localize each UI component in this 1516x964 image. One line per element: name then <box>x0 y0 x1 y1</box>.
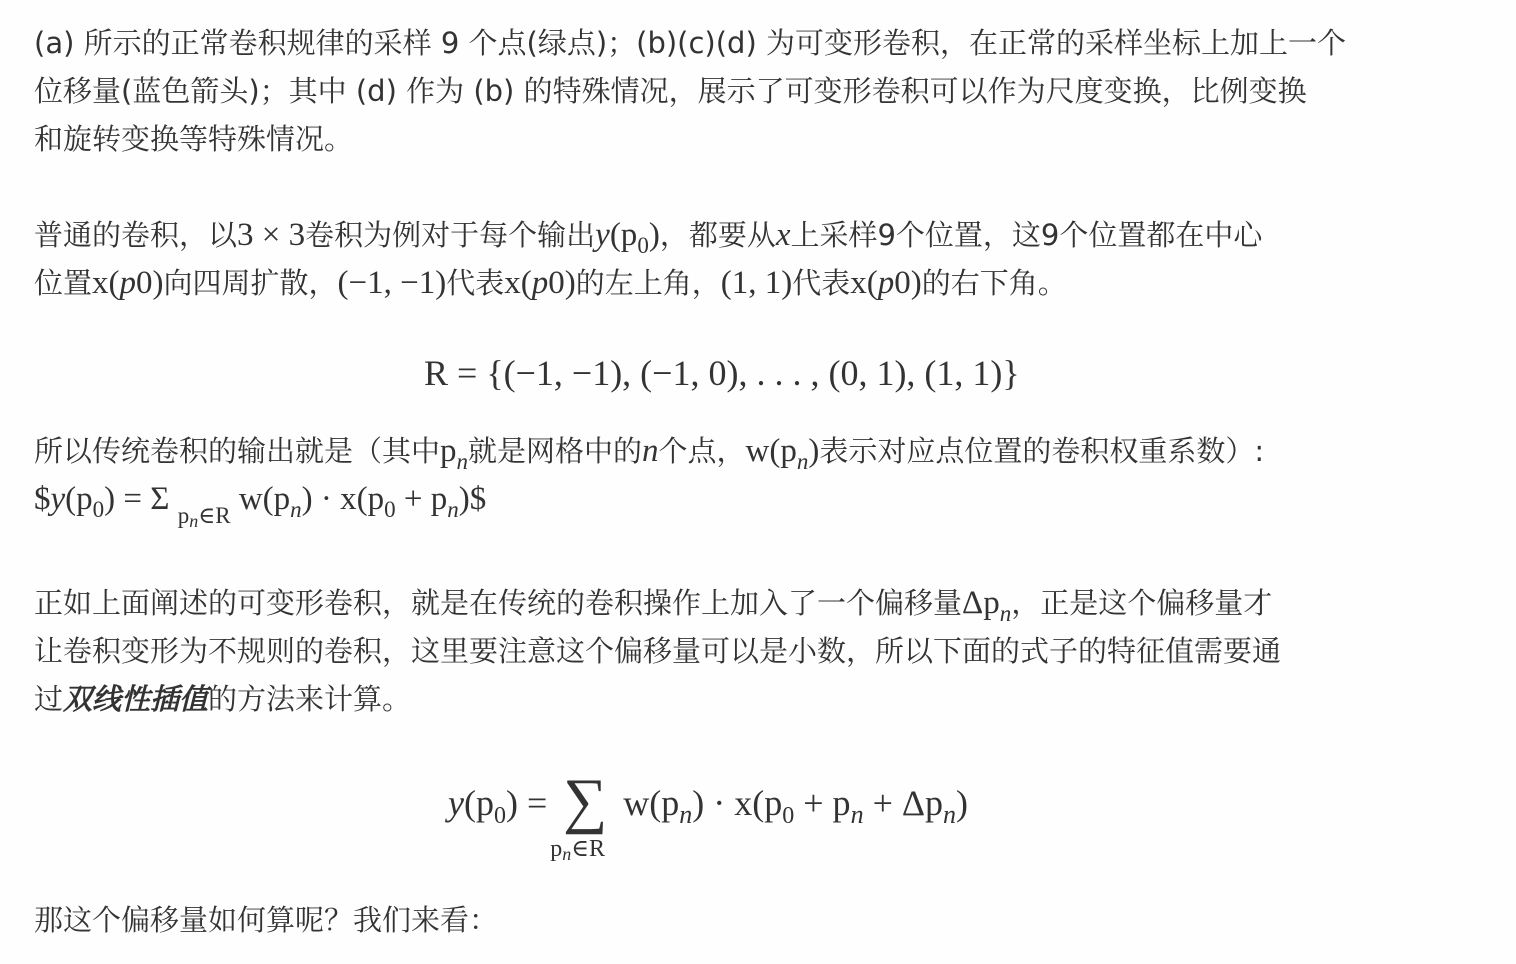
math-dollar: )$ <box>459 481 487 517</box>
paragraph-deformable-intro: (a) 所示的正常卷积规律的采样 9 个点(绿点)；(b)(c)(d) 为可变形… <box>34 19 1434 163</box>
math-subscript: 0 <box>494 803 506 829</box>
math-y: y <box>51 481 66 517</box>
math-coord: (−1, −1) <box>338 265 447 301</box>
math-zero: 0) <box>136 265 164 301</box>
math-paren: ) <box>649 217 660 253</box>
math-p: p <box>550 836 562 862</box>
text: ，正是这个偏移量才 <box>1011 586 1272 620</box>
math-dot-x: ) · x(p <box>302 481 384 517</box>
math-in-R: ∈R <box>571 836 605 862</box>
text: 代表 <box>792 266 850 300</box>
math-p: p <box>120 265 137 301</box>
text-line: 过双线性插值的方法来计算。 <box>34 675 1434 723</box>
math-w: w(p <box>614 783 679 823</box>
math-p: p <box>878 265 895 301</box>
math-sum-sub: ∈R <box>198 503 230 528</box>
math-equals: ) = <box>506 783 556 823</box>
text-line: (a) 所示的正常卷积规律的采样 9 个点(绿点)；(b)(c)(d) 为可变形… <box>34 19 1434 67</box>
paragraph-deformable-offset: 正如上面阐述的可变形卷积，就是在传统的卷积操作上加入了一个偏移量Δpn，正是这个… <box>34 579 1434 723</box>
sigma-icon: ∑ <box>556 770 614 832</box>
math-subscript: 0 <box>384 497 396 522</box>
math-sum-sub: n <box>189 511 198 531</box>
text: ，都要从 <box>660 218 776 252</box>
math-w: w(p <box>746 433 797 469</box>
text-line: 让卷积变形为不规则的卷积，这里要注意这个偏移量可以是小数，所以下面的式子的特征值… <box>34 627 1434 675</box>
math-n: n <box>562 844 571 864</box>
math-y: y <box>595 217 610 253</box>
text: 个点， <box>659 434 746 468</box>
text: 卷积为例对于每个输出 <box>305 218 595 252</box>
text: 过 <box>34 682 63 716</box>
math-p: p <box>440 433 457 469</box>
math-y: y <box>448 783 464 823</box>
text: 就是网格中的 <box>468 434 642 468</box>
math-subscript: n <box>457 449 469 474</box>
math-subscript: n <box>1000 601 1012 626</box>
math-subscript: 0 <box>782 803 794 829</box>
math-zero: 0) <box>894 265 922 301</box>
math-n: n <box>642 433 659 469</box>
math-p: p <box>532 265 549 301</box>
math-zero: 0) <box>548 265 576 301</box>
text: 向四周扩散， <box>164 266 338 300</box>
math-subscript: 0 <box>93 497 105 522</box>
math-equals-sum: ) = Σ <box>104 481 178 517</box>
text: 代表 <box>446 266 504 300</box>
paragraph-offset-question: 那这个偏移量如何算呢？我们来看： <box>34 896 1434 944</box>
math-subscript: n <box>797 449 809 474</box>
document-page: (a) 所示的正常卷积规律的采样 9 个点(绿点)；(b)(c)(d) 为可变形… <box>0 0 1516 964</box>
sum-operator: ∑pn∈R <box>556 770 614 832</box>
text: 的右下角。 <box>922 266 1067 300</box>
text-line: 位置x(p0)向四周扩散，(−1, −1)代表x(p0)的左上角，(1, 1)代… <box>34 259 1434 307</box>
text: 位置 <box>34 266 92 300</box>
text-line: 普通的卷积，以3 × 3卷积为例对于每个输出y(p0)，都要从x上采样9个位置，… <box>34 211 1434 259</box>
text: 的左上角， <box>576 266 721 300</box>
text: 所以传统卷积的输出就是（其中 <box>34 434 440 468</box>
math-subscript: n <box>943 800 956 829</box>
emphasis-bilinear-interpolation: 双线性插值 <box>63 682 208 716</box>
math-subscript: n <box>447 497 459 522</box>
math-sum-sub: p <box>178 503 190 528</box>
text-line: 正如上面阐述的可变形卷积，就是在传统的卷积操作上加入了一个偏移量Δpn，正是这个… <box>34 579 1434 627</box>
math-plus: + p <box>396 481 448 517</box>
math-dot-x: ) · x(p <box>692 783 782 823</box>
text: 的方法来计算。 <box>208 682 411 716</box>
math-x: x( <box>504 265 532 301</box>
text: 表示对应点位置的卷积权重系数）: <box>819 434 1264 468</box>
math-paren: ) <box>956 783 968 823</box>
math-x: x( <box>850 265 878 301</box>
math-subscript: n <box>290 497 302 522</box>
math-x: x( <box>92 265 120 301</box>
math-plus: + p <box>794 783 850 823</box>
inline-formula-raw: $y(p0) = Σ pn∈R w(pn) · x(p0 + pn)$ <box>34 475 1434 523</box>
equation-sampling-grid: R = {(−1, −1), (−1, 0), . . . , (0, 1), … <box>424 352 1020 394</box>
paragraph-traditional-output: 所以传统卷积的输出就是（其中pn就是网格中的n个点，w(pn)表示对应点位置的卷… <box>34 427 1434 523</box>
text: 普通的卷积，以 <box>34 218 237 252</box>
math-subscript: n <box>851 800 864 829</box>
math-coord: (1, 1) <box>721 265 792 301</box>
math-subscript: 0 <box>637 233 649 258</box>
math-p: (p <box>65 481 93 517</box>
math-p: (p <box>464 783 494 823</box>
text-line: 位移量(蓝色箭头)；其中 (d) 作为 (b) 的特殊情况，展示了可变形卷积可以… <box>34 67 1434 115</box>
math-dollar: $ <box>34 481 51 517</box>
math-subscript: n <box>679 800 692 829</box>
paragraph-normal-convolution: 普通的卷积，以3 × 3卷积为例对于每个输出y(p0)，都要从x上采样9个位置，… <box>34 211 1434 307</box>
math-plus-delta: + Δp <box>864 783 943 823</box>
math-p: (p <box>610 217 638 253</box>
math-delta-p: Δp <box>962 585 1000 621</box>
text-line: 所以传统卷积的输出就是（其中pn就是网格中的n个点，w(pn)表示对应点位置的卷… <box>34 427 1434 475</box>
math-kernel-size: 3 × 3 <box>237 217 305 253</box>
text: 上采样9个位置，这9个位置都在中心 <box>790 218 1262 252</box>
math-paren: ) <box>808 433 819 469</box>
text-line: 那这个偏移量如何算呢？我们来看： <box>34 896 1434 944</box>
text: 正如上面阐述的可变形卷积，就是在传统的卷积操作上加入了一个偏移量 <box>34 586 962 620</box>
equation-deformable-convolution: y(p0) = ∑pn∈R w(pn) · x(p0 + pn + Δpn) <box>448 770 968 832</box>
sum-subscript: pn∈R <box>550 834 605 865</box>
text-line: 和旋转变换等特殊情况。 <box>34 115 1434 163</box>
math-x: x <box>776 217 791 253</box>
math-w: w(p <box>231 481 291 517</box>
